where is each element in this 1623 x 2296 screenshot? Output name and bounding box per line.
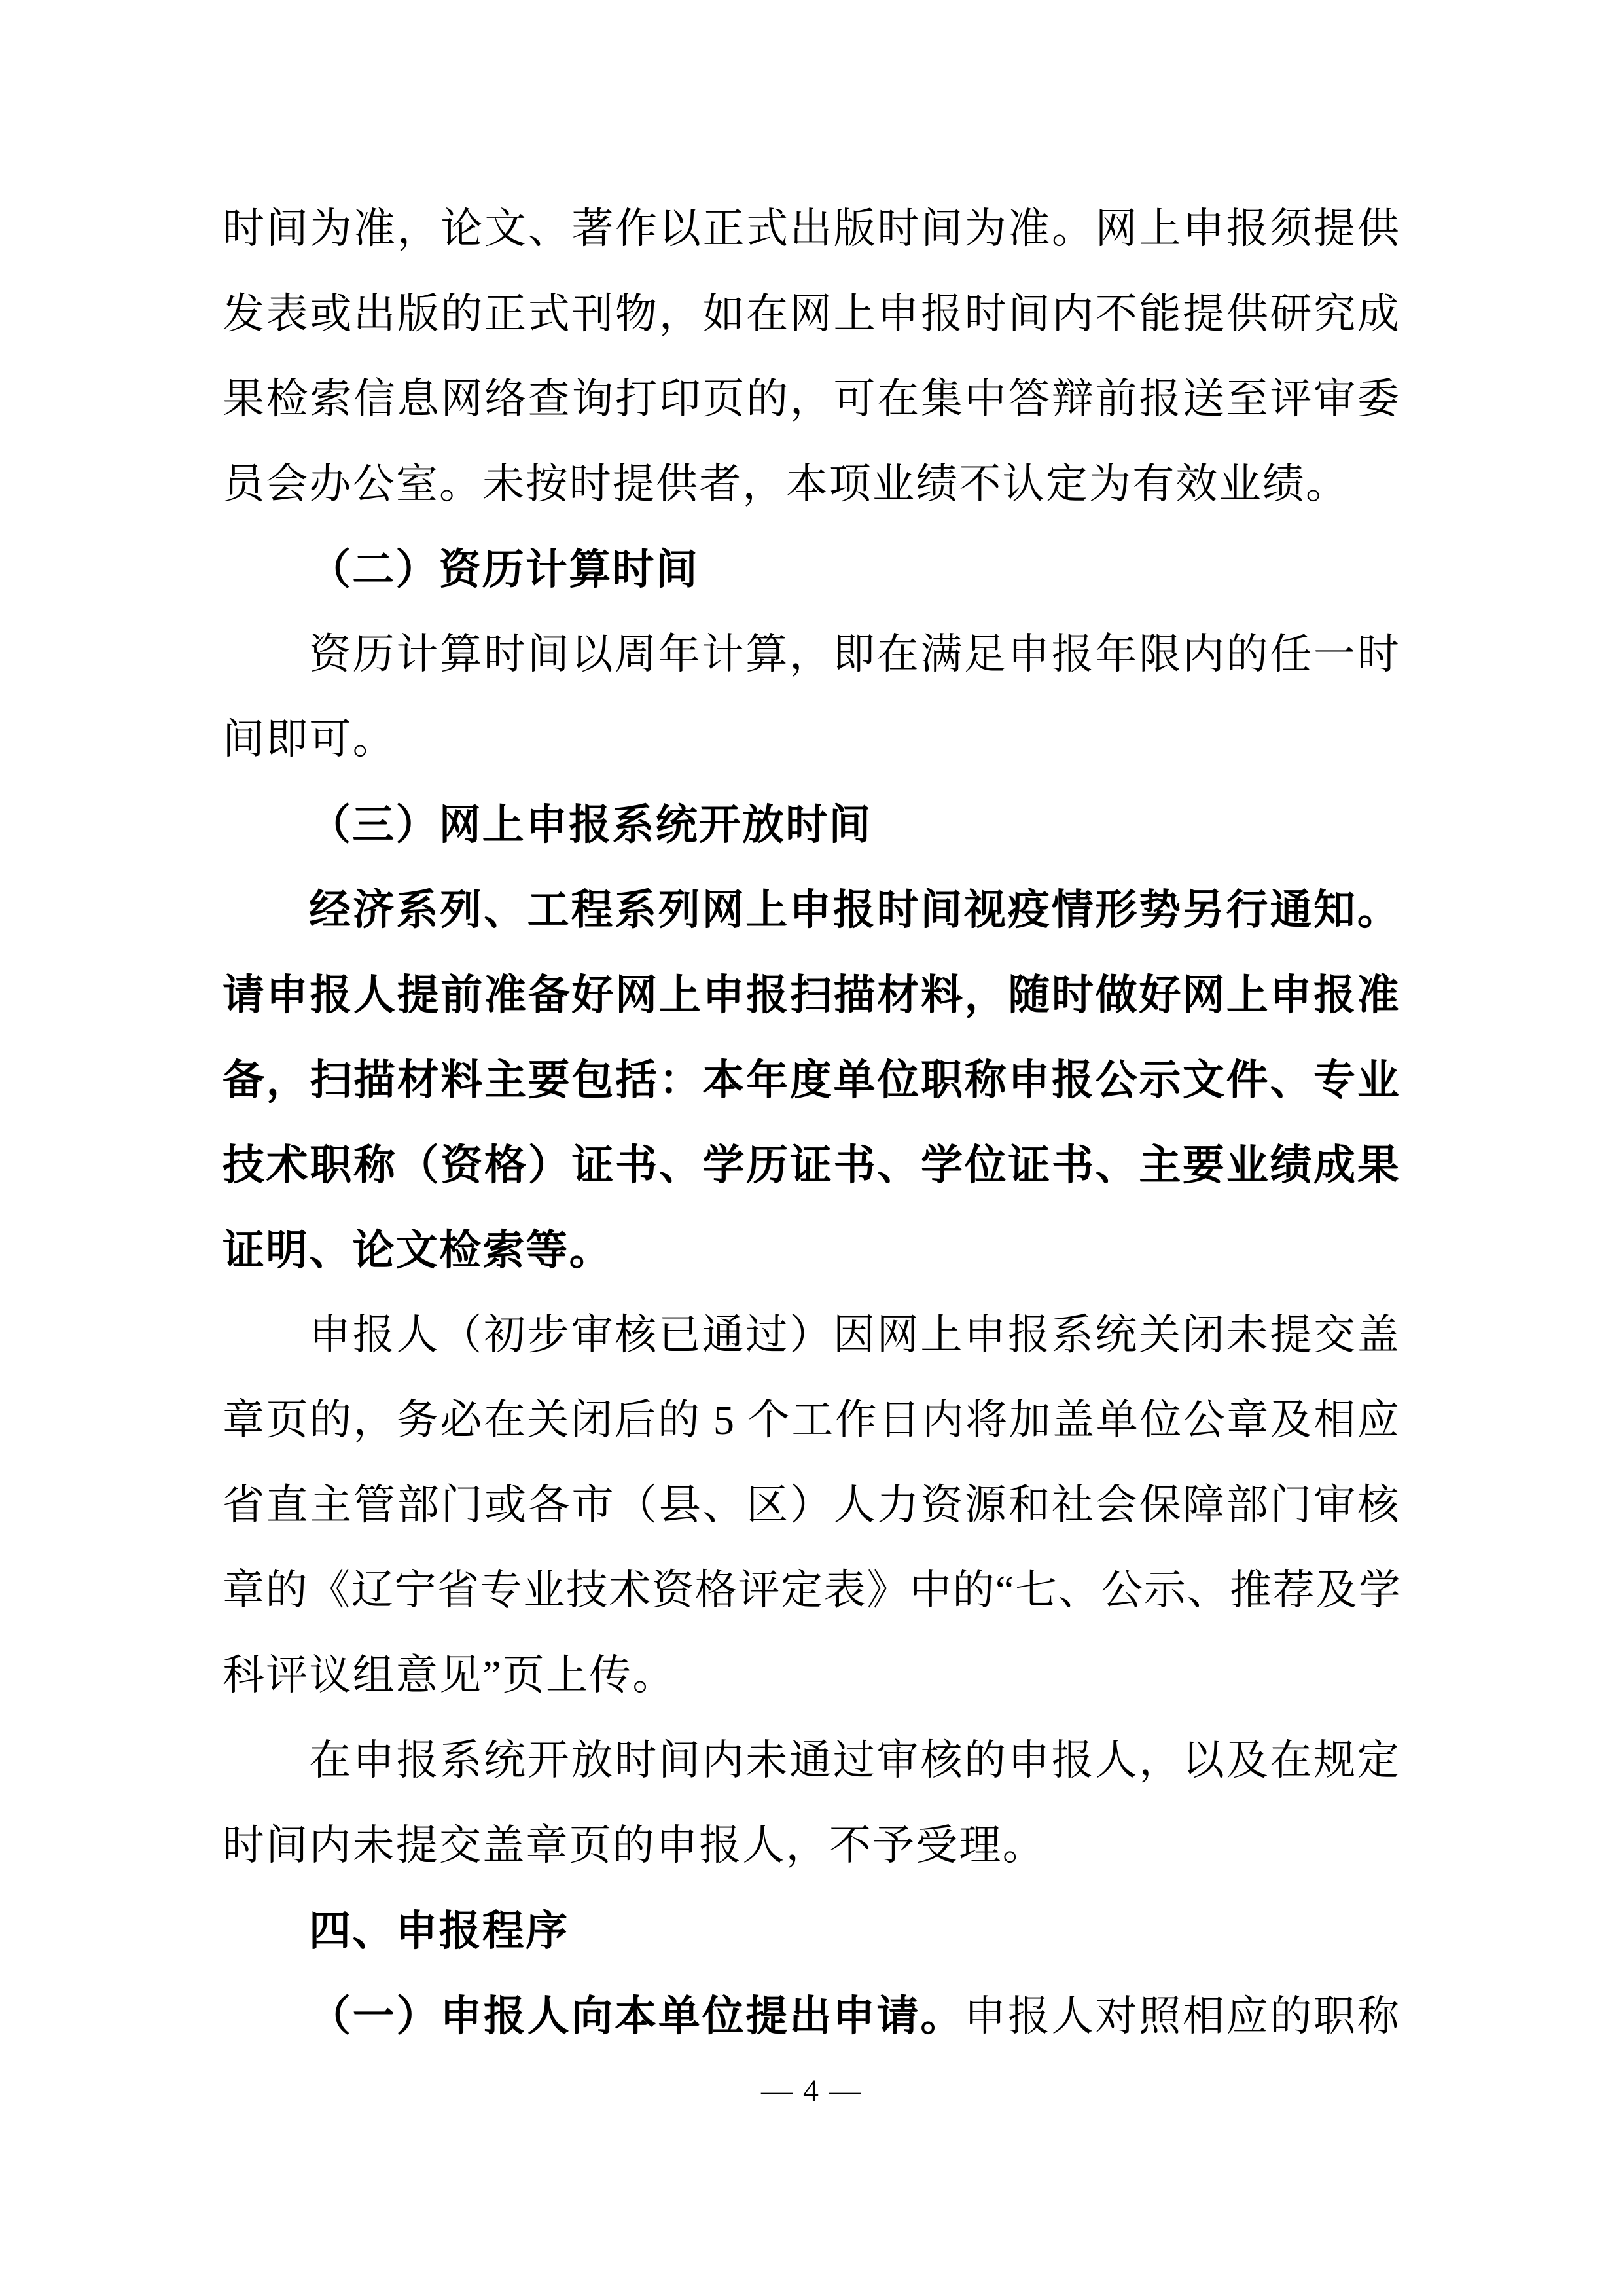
text-line: 发表或出版的正式刊物，如在网上申报时间内不能提供研究成 — [223, 272, 1400, 357]
bold-text-segment: 证明、论文检索等。 — [223, 1227, 613, 1274]
document-page: 时间为准，论文、著作以正式出版时间为准。网上申报须提供发表或出版的正式刊物，如在… — [0, 0, 1623, 2296]
bold-text-segment: 四、申报程序 — [309, 1907, 569, 1954]
text-line: （三）网上申报系统开放时间 — [223, 782, 1400, 867]
text-segment: 章页的，务必在关闭后的 5 个工作日内将加盖单位公章及相应 — [223, 1397, 1400, 1443]
bold-text-segment: 技术职称（资格）证书、学历证书、学位证书、主要业绩成果 — [223, 1141, 1400, 1189]
text-line: 时间为准，论文、著作以正式出版时间为准。网上申报须提供 — [223, 187, 1400, 272]
bold-text-segment: （三）网上申报系统开放时间 — [309, 801, 872, 848]
text-segment: 章的《辽宁省专业技术资格评定表》中的“七、公示、推荐及学 — [223, 1567, 1400, 1613]
bold-text-segment: 备，扫描材料主要包括：本年度单位职称申报公示文件、专业 — [223, 1056, 1400, 1103]
text-line: 申报人（初步审核已通过）因网上申报系统关闭未提交盖 — [223, 1293, 1400, 1378]
text-line: 请申报人提前准备好网上申报扫描材料，随时做好网上申报准 — [223, 952, 1400, 1037]
text-segment: 果检索信息网络查询打印页的，可在集中答辩前报送至评审委 — [223, 376, 1400, 422]
text-segment: 时间为准，论文、著作以正式出版时间为准。网上申报须提供 — [223, 206, 1400, 252]
text-line: 章页的，务必在关闭后的 5 个工作日内将加盖单位公章及相应 — [223, 1378, 1400, 1463]
bold-text-segment: 经济系列、工程系列网上申报时间视疫情形势另行通知。 — [309, 886, 1400, 933]
text-segment: 间即可。 — [223, 716, 396, 762]
text-line: 章的《辽宁省专业技术资格评定表》中的“七、公示、推荐及学 — [223, 1548, 1400, 1633]
text-line: （二）资历计算时间 — [223, 527, 1400, 612]
text-segment: 资历计算时间以周年计算，即在满足申报年限内的任一时 — [309, 631, 1400, 677]
text-segment: 员会办公室。未按时提供者，本项业绩不认定为有效业绩。 — [223, 461, 1349, 507]
text-segment: 申报人（初步审核已通过）因网上申报系统关闭未提交盖 — [309, 1312, 1400, 1358]
text-segment: 科评议组意见”页上传。 — [223, 1652, 676, 1698]
text-line: 技术职称（资格）证书、学历证书、学位证书、主要业绩成果 — [223, 1122, 1400, 1208]
text-line: 员会办公室。未按时提供者，本项业绩不认定为有效业绩。 — [223, 442, 1400, 527]
text-line: 证明、论文检索等。 — [223, 1208, 1400, 1293]
text-segment: 在申报系统开放时间内未通过审核的申报人，以及在规定 — [309, 1737, 1400, 1784]
text-line: 在申报系统开放时间内未通过审核的申报人，以及在规定 — [223, 1718, 1400, 1803]
bold-text-segment: （二）资历计算时间 — [309, 546, 699, 593]
text-segment: 发表或出版的正式刊物，如在网上申报时间内不能提供研究成 — [223, 291, 1400, 337]
text-line: 时间内未提交盖章页的申报人，不予受理。 — [223, 1803, 1400, 1888]
text-line: 备，扫描材料主要包括：本年度单位职称申报公示文件、专业 — [223, 1037, 1400, 1122]
text-line: 间即可。 — [223, 697, 1400, 782]
text-segment: 时间内未提交盖章页的申报人，不予受理。 — [223, 1822, 1046, 1869]
text-line: 科评议组意见”页上传。 — [223, 1633, 1400, 1718]
text-line: 资历计算时间以周年计算，即在满足申报年限内的任一时 — [223, 612, 1400, 697]
page-footer: — 4 — — [0, 2068, 1623, 2114]
page-number: — 4 — — [761, 2073, 862, 2108]
bold-text-segment: 请申报人提前准备好网上申报扫描材料，随时做好网上申报准 — [223, 971, 1400, 1018]
text-segment: 申报人对照相应的职称 — [964, 1993, 1400, 2039]
text-line: 经济系列、工程系列网上申报时间视疫情形势另行通知。 — [223, 867, 1400, 952]
text-segment: 省直主管部门或各市（县、区）人力资源和社会保障部门审核 — [223, 1482, 1400, 1528]
bold-text-segment: （一）申报人向本单位提出申请。 — [309, 1992, 964, 2039]
text-line: （一）申报人向本单位提出申请。申报人对照相应的职称 — [223, 1973, 1400, 2058]
text-line: 省直主管部门或各市（县、区）人力资源和社会保障部门审核 — [223, 1463, 1400, 1548]
document-body: 时间为准，论文、著作以正式出版时间为准。网上申报须提供发表或出版的正式刊物，如在… — [223, 187, 1400, 2058]
text-line: 果检索信息网络查询打印页的，可在集中答辩前报送至评审委 — [223, 357, 1400, 442]
text-line: 四、申报程序 — [223, 1888, 1400, 1973]
